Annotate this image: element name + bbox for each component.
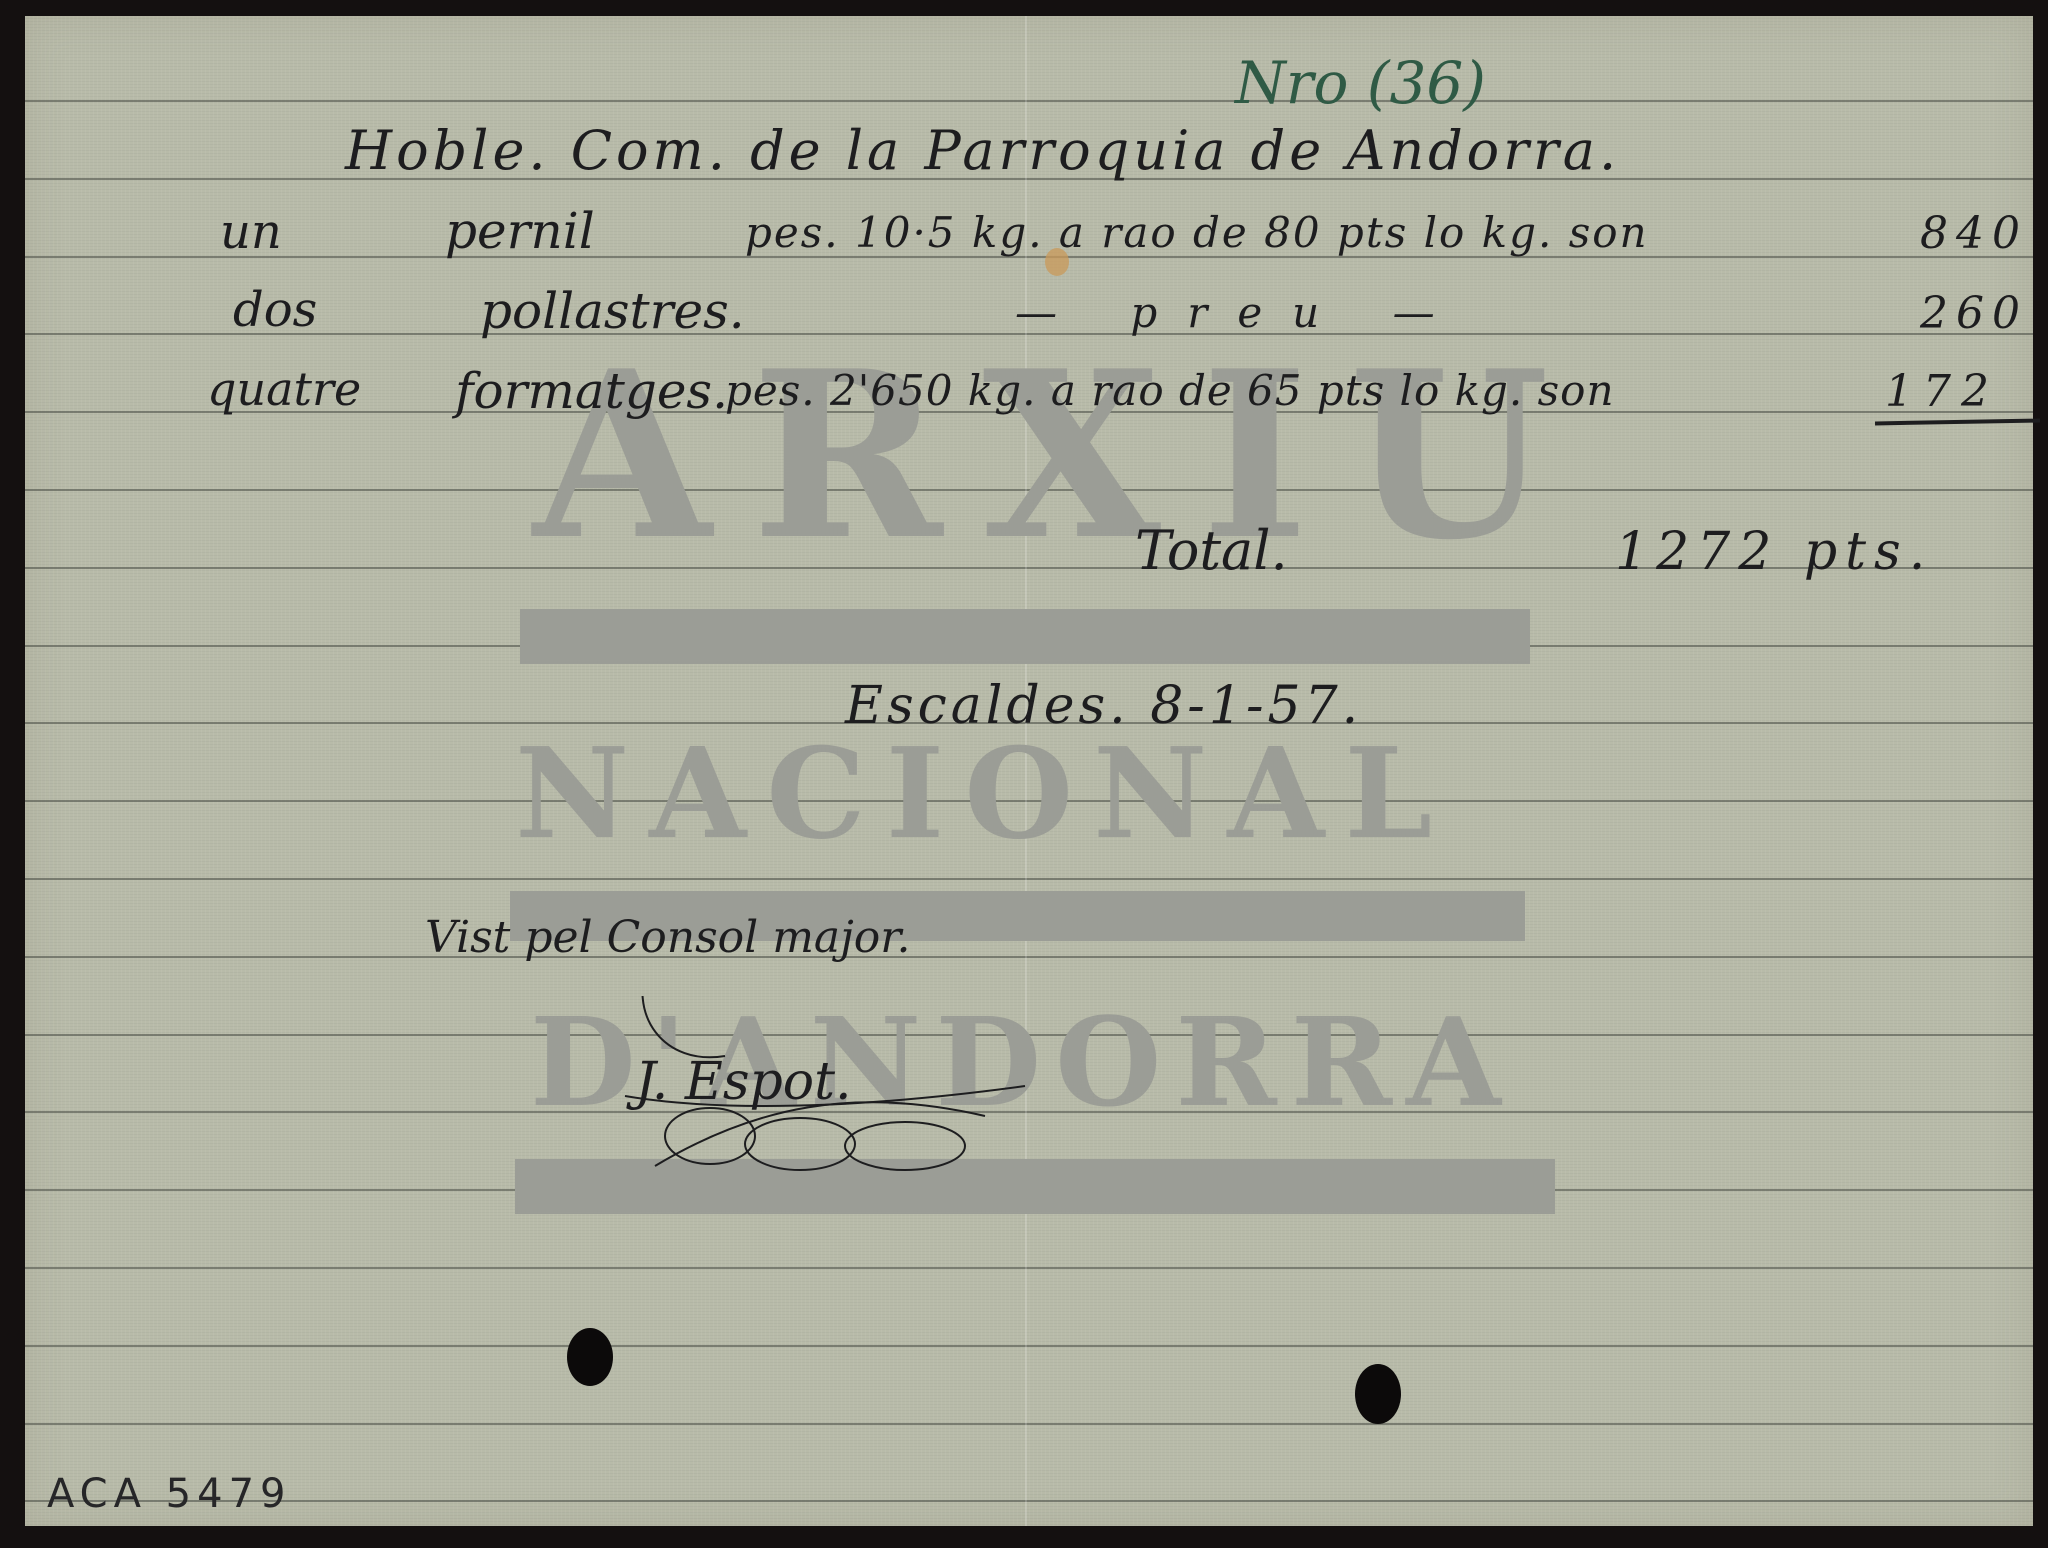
document-header: Hoble. Com. de la Parroquia de Andorra.: [345, 124, 1620, 178]
ruled-line: [25, 1423, 2033, 1425]
punch-hole: [1355, 1364, 1401, 1424]
ruled-line: [25, 878, 2033, 880]
total-value: 1272 pts.: [1615, 526, 1933, 578]
ruled-line: [25, 100, 2033, 102]
item-name: pernil: [445, 206, 595, 256]
item-quantity: quatre: [207, 366, 361, 412]
ruled-line: [25, 1500, 2033, 1502]
signature-flourish: [605, 996, 1035, 1176]
ink-stain: [1045, 248, 1069, 276]
item-description: — preu —: [1015, 292, 1465, 334]
ruled-line: [25, 1267, 2033, 1269]
total-label: Total.: [1135, 524, 1288, 578]
place-date: Escaldes. 8-1-57.: [845, 680, 1362, 732]
ruled-line: [25, 956, 2033, 958]
punch-hole: [567, 1328, 613, 1386]
item-amount: 172: [1885, 370, 1999, 414]
ruled-line: [25, 1345, 2033, 1347]
item-name: pollastres.: [480, 286, 745, 336]
item-quantity: un: [220, 208, 282, 256]
item-name: formatges.: [455, 366, 728, 416]
approval-text: Vist pel Consol major.: [425, 916, 910, 960]
item-description: pes. 10·5 kg. a rao de 80 pts lo kg. son: [745, 212, 1649, 254]
paper-sheet: ARXIU NACIONAL D'ANDORRA Nro (36) Hoble.…: [25, 16, 2033, 1526]
watermark-bar: [520, 609, 1530, 664]
item-description: pes. 2'650 kg. a rao de 65 pts lo kg. so…: [725, 370, 1615, 412]
watermark-line-nacional: NACIONAL: [515, 732, 1452, 857]
subtotal-underline: [1875, 419, 2040, 426]
item-amount: 260: [1920, 292, 2028, 336]
scanned-document: ARXIU NACIONAL D'ANDORRA Nro (36) Hoble.…: [0, 0, 2048, 1548]
item-quantity: dos: [233, 286, 317, 334]
item-amount: 840: [1920, 212, 2028, 256]
archive-reference: ACA 5479: [47, 1471, 291, 1517]
reference-annotation: Nro (36): [1235, 54, 1486, 112]
